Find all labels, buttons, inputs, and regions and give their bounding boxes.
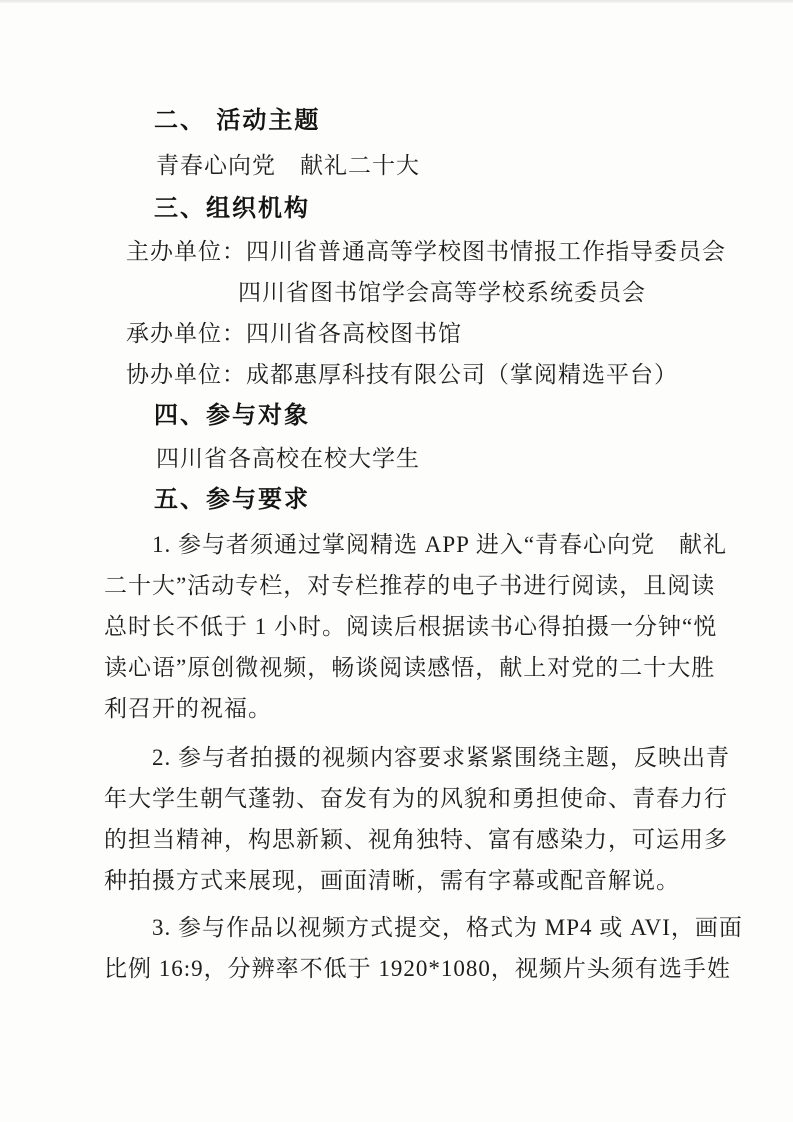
requirement-item-1-line-1: 1. 参与者须通过掌阅精选 APP 进入“青春心向党 献礼: [152, 524, 696, 565]
organizer-co-organizer-line: 协办单位：成都惠厚科技有限公司（掌阅精选平台）: [126, 354, 696, 395]
heading-activity-theme: 二、 活动主题: [154, 100, 696, 141]
heading-requirements: 五、参与要求: [154, 479, 696, 520]
requirement-item-1-line-4: 读心语”原创微视频，畅谈阅读感悟，献上对党的二十大胜: [104, 647, 696, 688]
requirement-item-2-line-1: 2. 参与者拍摄的视频内容要求紧紧围绕主题，反映出青: [152, 737, 696, 778]
requirement-item-1-line-2: 二十大”活动专栏，对专栏推荐的电子书进行阅读，且阅读: [104, 565, 696, 606]
heading-participants: 四、参与对象: [154, 395, 696, 436]
document-content: 二、 活动主题 青春心向党 献礼二十大 三、组织机构 主办单位：四川省普通高等学…: [104, 100, 696, 989]
organizer-host-line-2: 四川省图书馆学会高等学校系统委员会: [238, 272, 696, 313]
requirement-item-1-line-3: 总时长不低于 1 小时。阅读后根据读书心得拍摄一分钟“悦: [104, 606, 696, 647]
scanned-document-page: { "page": { "background": "#fdfdfc", "te…: [0, 0, 793, 1122]
requirement-item-3-line-2: 比例 16:9，分辨率不低于 1920*1080，视频片头须有选手姓: [104, 948, 696, 989]
participants-text: 四川省各高校在校大学生: [156, 438, 696, 479]
organizer-undertaker-line: 承办单位：四川省各高校图书馆: [126, 313, 696, 354]
requirement-item-3-line-1: 3. 参与作品以视频方式提交，格式为 MP4 或 AVI，画面: [152, 907, 696, 948]
heading-organization: 三、组织机构: [154, 188, 696, 229]
scan-top-edge: [0, 0, 793, 3]
organizer-host-line: 主办单位：四川省普通高等学校图书情报工作指导委员会: [126, 231, 696, 272]
activity-theme-text: 青春心向党 献礼二十大: [156, 145, 696, 186]
requirement-item-2-line-4: 种拍摄方式来展现，画面清晰，需有字幕或配音解说。: [104, 860, 696, 901]
requirement-item-2-line-3: 的担当精神，构思新颖、视角独特、富有感染力，可运用多: [104, 819, 696, 860]
requirement-item-1-line-5: 利召开的祝福。: [104, 688, 696, 729]
requirement-item-2-line-2: 年大学生朝气蓬勃、奋发有为的风貌和勇担使命、青春力行: [104, 778, 696, 819]
